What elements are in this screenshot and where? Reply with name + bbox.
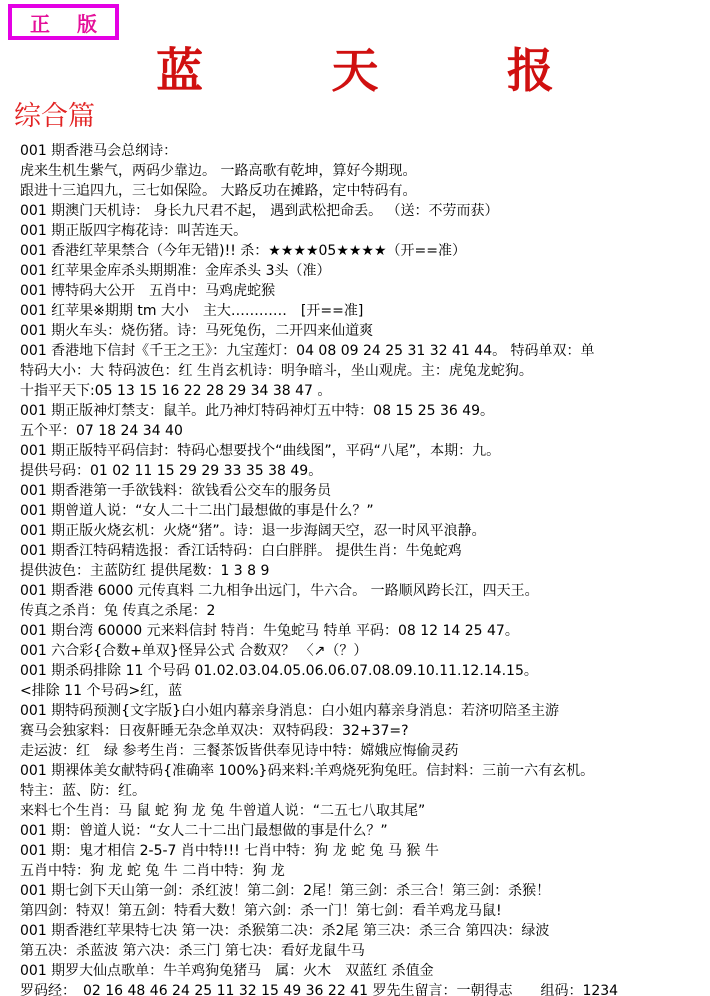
- text-line: 传真之杀肖：兔 传真之杀尾：2: [20, 601, 708, 621]
- body-lines: 001 期香港马会总纲诗：虎来生机生紫气，两码少靠边。 一路高歌有乾坤，算好今期…: [20, 141, 708, 996]
- text-line: 001 期香江特码精选报：香江话特码：白白胖胖。 提供生肖：牛兔蛇鸡: [20, 541, 708, 561]
- text-line: 特主：蓝、防：红。: [20, 781, 708, 801]
- text-line: 十指平天下:05 13 15 16 22 28 29 34 38 47 。: [20, 381, 708, 401]
- text-line: 走运波：红 绿 参考生肖：三餐茶饭皆供奉见诗中特：嫦娥应悔偷灵药: [20, 741, 708, 761]
- text-line: 001 期澳门天机诗： 身长九尺君不起， 遇到武松把命丢。 （送：不劳而获）: [20, 201, 708, 221]
- text-line: 001 博特码大公开 五肖中：马鸡虎蛇猴: [20, 281, 708, 301]
- text-line: 跟进十三追四九，三七如保险。 大路反功在摊路，定中特码有。: [20, 181, 708, 201]
- text-line: 001 期正版特平码信封：特码心想要找个“曲线图”，平码“八尾”，本期：九。: [20, 441, 708, 461]
- text-line: 001 期香港 6000 元传真料 二九相争出远门，牛六合。 一路顺风跨长江，四…: [20, 581, 708, 601]
- section-title: 综合篇: [14, 94, 95, 133]
- text-line: 001 期：鬼才相信 2-5-7 肖中特!!! 七肖中特：狗 龙 蛇 兔 马 猴…: [20, 841, 708, 861]
- text-line: 001 红苹果金库杀头期期准：金库杀头 3头（准）: [20, 261, 708, 281]
- text-line: 001 香港地下信封《千王之王》：九宝莲灯：04 08 09 24 25 31 …: [20, 341, 708, 361]
- text-line: 001 期罗大仙点歌单：牛羊鸡狗兔猪马 属：火木 双蓝红 杀值金: [20, 961, 708, 981]
- text-line: 第五决：杀蓝波 第六决：杀三门 第七决：看好龙鼠牛马: [20, 941, 708, 961]
- text-line: 五个平：07 18 24 34 40: [20, 421, 708, 441]
- text-line: 提供号码：01 02 11 15 29 29 33 35 38 49。: [20, 461, 708, 481]
- text-line: 罗码经： 02 16 48 46 24 25 11 32 15 49 36 22…: [20, 981, 708, 996]
- text-line: 提供波色：主蓝防红 提供尾数：1 3 8 9: [20, 561, 708, 581]
- text-line: <排除 11 个号码>红，蓝: [20, 681, 708, 701]
- page-title: 蓝 天 报: [0, 34, 710, 101]
- text-line: 001 期杀码排除 11 个号码 01.02.03.04.05.06.06.07…: [20, 661, 708, 681]
- text-line: 特码大小：大 特码波色：红 生肖玄机诗：明争暗斗，坐山观虎。主：虎兔龙蛇狗。: [20, 361, 708, 381]
- text-line: 001 期香港红苹果特七决 第一决：杀猴第二决：杀2尾 第三决：杀三合 第四决：…: [20, 921, 708, 941]
- text-line: 001 期台湾 60000 元来料信封 特肖：牛兔蛇马 特单 平码：08 12 …: [20, 621, 708, 641]
- text-line: 五肖中特：狗 龙 蛇 兔 牛 二肖中特：狗 龙: [20, 861, 708, 881]
- text-line: 001 期香港马会总纲诗：: [20, 141, 708, 161]
- text-line: 虎来生机生紫气，两码少靠边。 一路高歌有乾坤，算好今期现。: [20, 161, 708, 181]
- text-line: 001 红苹果※期期 tm 大小 主大………… [开==准]: [20, 301, 708, 321]
- text-line: 赛马会独家料：日夜鼾睡无杂念单双决：双特码段：32+37=?: [20, 721, 708, 741]
- text-line: 001 期特码预测{文字版}白小姐内幕亲身消息：白小姐内幕亲身消息：若济叨陪圣主…: [20, 701, 708, 721]
- text-line: 001 期正版神灯禁支：鼠羊。此乃神灯特码神灯五中特：08 15 25 36 4…: [20, 401, 708, 421]
- text-line: 001 期正版四字梅花诗：叫苦连天。: [20, 221, 708, 241]
- text-line: 001 期火车头：烧伤猪。诗：马死兔伤，二开四来仙道爽: [20, 321, 708, 341]
- text-line: 001 期曾道人说：“女人二十二出门最想做的事是什么？”: [20, 501, 708, 521]
- text-line: 001 期香港第一手欲钱料：欲钱看公交车的服务员: [20, 481, 708, 501]
- report-page: 正 版 蓝 天 报 综合篇 001 期香港马会总纲诗：虎来生机生紫气，两码少靠边…: [0, 0, 710, 996]
- text-line: 001 六合彩{合数+单双}怪异公式 合数双？ 〈↗（？）: [20, 641, 708, 661]
- text-line: 001 期正版火烧玄机：火烧“猪”。诗：退一步海阔天空，忍一时风平浪静。: [20, 521, 708, 541]
- text-line: 第四剑：特双！第五剑：特看大数！第六剑：杀一门！第七剑：看羊鸡龙马鼠!: [20, 901, 708, 921]
- text-line: 001 期裸体美女献特码{准确率 100%}码来料:羊鸡烧死狗兔旺。信封料：三前…: [20, 761, 708, 781]
- text-line: 001 期：曾道人说：“女人二十二出门最想做的事是什么？”: [20, 821, 708, 841]
- authentic-badge-label: 正 版: [20, 8, 107, 37]
- text-line: 001 香港红苹果禁合（今年无错)!! 杀：★★★★05★★★★（开==准）: [20, 241, 708, 261]
- text-line: 来料七个生肖：马 鼠 蛇 狗 龙 兔 牛曾道人说：“二五七八取其尾”: [20, 801, 708, 821]
- text-line: 001 期七剑下天山第一剑：杀红波！第二剑：2尾！第三剑：杀三合！第三剑：杀猴！: [20, 881, 708, 901]
